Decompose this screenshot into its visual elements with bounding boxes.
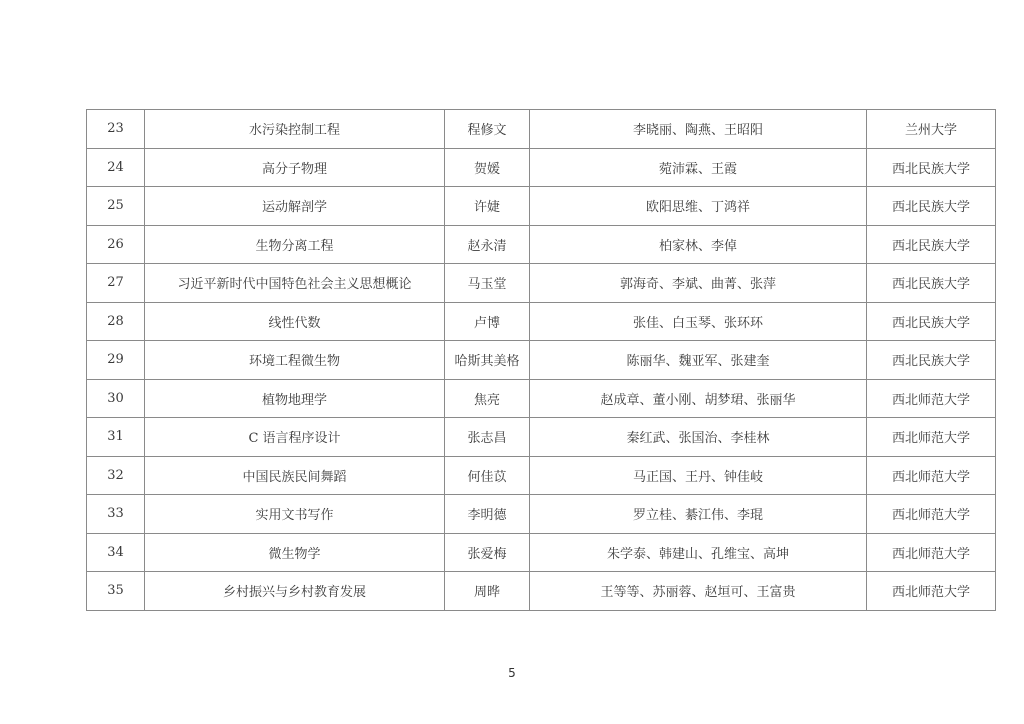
team-members-cell: 陈丽华、魏亚军、张建奎: [530, 341, 867, 380]
lead-teacher-cell: 贺媛: [445, 148, 530, 187]
row-number-cell: 33: [87, 495, 145, 534]
course-name-cell: 中国民族民间舞蹈: [145, 456, 445, 495]
row-number-cell: 23: [87, 110, 145, 149]
table-row: 30植物地理学焦亮赵成章、董小刚、胡梦珺、张丽华西北师范大学: [87, 379, 996, 418]
course-name-cell: 高分子物理: [145, 148, 445, 187]
school-cell: 西北师范大学: [867, 495, 996, 534]
lead-teacher-cell: 张志昌: [445, 418, 530, 457]
lead-teacher-cell: 李明德: [445, 495, 530, 534]
lead-teacher-cell: 许婕: [445, 187, 530, 226]
school-cell: 西北师范大学: [867, 418, 996, 457]
course-name-cell: C 语言程序设计: [145, 418, 445, 457]
row-number-cell: 28: [87, 302, 145, 341]
school-cell: 西北民族大学: [867, 187, 996, 226]
team-members-cell: 李晓丽、陶燕、王昭阳: [530, 110, 867, 149]
lead-teacher-cell: 张爱梅: [445, 533, 530, 572]
school-cell: 西北民族大学: [867, 225, 996, 264]
course-name-cell: 生物分离工程: [145, 225, 445, 264]
school-cell: 西北师范大学: [867, 533, 996, 572]
row-number-cell: 29: [87, 341, 145, 380]
document-page: 23水污染控制工程程修文李晓丽、陶燕、王昭阳兰州大学24高分子物理贺媛菀沛霖、王…: [0, 0, 1024, 724]
lead-teacher-cell: 程修文: [445, 110, 530, 149]
course-name-cell: 植物地理学: [145, 379, 445, 418]
school-cell: 西北师范大学: [867, 572, 996, 611]
table-row: 23水污染控制工程程修文李晓丽、陶燕、王昭阳兰州大学: [87, 110, 996, 149]
course-table-body: 23水污染控制工程程修文李晓丽、陶燕、王昭阳兰州大学24高分子物理贺媛菀沛霖、王…: [87, 110, 996, 611]
row-number-cell: 35: [87, 572, 145, 611]
lead-teacher-cell: 何佳苡: [445, 456, 530, 495]
lead-teacher-cell: 哈斯其美格: [445, 341, 530, 380]
course-name-cell: 线性代数: [145, 302, 445, 341]
course-name-cell: 环境工程微生物: [145, 341, 445, 380]
team-members-cell: 赵成章、董小刚、胡梦珺、张丽华: [530, 379, 867, 418]
school-cell: 兰州大学: [867, 110, 996, 149]
row-number-cell: 27: [87, 264, 145, 303]
team-members-cell: 罗立桂、綦江伟、李琨: [530, 495, 867, 534]
table-row: 35乡村振兴与乡村教育发展周晔王等等、苏丽蓉、赵垣可、王富贵西北师范大学: [87, 572, 996, 611]
school-cell: 西北民族大学: [867, 302, 996, 341]
course-name-cell: 习近平新时代中国特色社会主义思想概论: [145, 264, 445, 303]
school-cell: 西北民族大学: [867, 148, 996, 187]
table-row: 26生物分离工程赵永清柏家林、李倬西北民族大学: [87, 225, 996, 264]
row-number-cell: 32: [87, 456, 145, 495]
team-members-cell: 马正国、王丹、钟佳岐: [530, 456, 867, 495]
school-cell: 西北师范大学: [867, 379, 996, 418]
course-name-cell: 微生物学: [145, 533, 445, 572]
table-row: 27习近平新时代中国特色社会主义思想概论马玉堂郭海奇、李斌、曲菁、张萍西北民族大…: [87, 264, 996, 303]
team-members-cell: 张佳、白玉琴、张环环: [530, 302, 867, 341]
lead-teacher-cell: 马玉堂: [445, 264, 530, 303]
school-cell: 西北师范大学: [867, 456, 996, 495]
table-row: 34微生物学张爱梅朱学泰、韩建山、孔维宝、高坤西北师范大学: [87, 533, 996, 572]
course-name-cell: 实用文书写作: [145, 495, 445, 534]
team-members-cell: 菀沛霖、王霞: [530, 148, 867, 187]
course-table: 23水污染控制工程程修文李晓丽、陶燕、王昭阳兰州大学24高分子物理贺媛菀沛霖、王…: [86, 109, 996, 611]
table-row: 28线性代数卢博张佳、白玉琴、张环环西北民族大学: [87, 302, 996, 341]
table-row: 33实用文书写作李明德罗立桂、綦江伟、李琨西北师范大学: [87, 495, 996, 534]
table-row: 31C 语言程序设计张志昌秦红武、张国治、李桂林西北师范大学: [87, 418, 996, 457]
team-members-cell: 欧阳思维、丁鸿祥: [530, 187, 867, 226]
lead-teacher-cell: 焦亮: [445, 379, 530, 418]
row-number-cell: 31: [87, 418, 145, 457]
team-members-cell: 朱学泰、韩建山、孔维宝、高坤: [530, 533, 867, 572]
lead-teacher-cell: 卢博: [445, 302, 530, 341]
table-row: 32中国民族民间舞蹈何佳苡马正国、王丹、钟佳岐西北师范大学: [87, 456, 996, 495]
team-members-cell: 秦红武、张国治、李桂林: [530, 418, 867, 457]
course-name-cell: 运动解剖学: [145, 187, 445, 226]
row-number-cell: 25: [87, 187, 145, 226]
team-members-cell: 郭海奇、李斌、曲菁、张萍: [530, 264, 867, 303]
page-number: 5: [0, 666, 1024, 680]
table-row: 25运动解剖学许婕欧阳思维、丁鸿祥西北民族大学: [87, 187, 996, 226]
school-cell: 西北民族大学: [867, 264, 996, 303]
table-row: 29环境工程微生物哈斯其美格陈丽华、魏亚军、张建奎西北民族大学: [87, 341, 996, 380]
course-name-cell: 乡村振兴与乡村教育发展: [145, 572, 445, 611]
row-number-cell: 30: [87, 379, 145, 418]
row-number-cell: 24: [87, 148, 145, 187]
row-number-cell: 26: [87, 225, 145, 264]
lead-teacher-cell: 周晔: [445, 572, 530, 611]
team-members-cell: 王等等、苏丽蓉、赵垣可、王富贵: [530, 572, 867, 611]
team-members-cell: 柏家林、李倬: [530, 225, 867, 264]
table-row: 24高分子物理贺媛菀沛霖、王霞西北民族大学: [87, 148, 996, 187]
course-name-cell: 水污染控制工程: [145, 110, 445, 149]
school-cell: 西北民族大学: [867, 341, 996, 380]
lead-teacher-cell: 赵永清: [445, 225, 530, 264]
row-number-cell: 34: [87, 533, 145, 572]
